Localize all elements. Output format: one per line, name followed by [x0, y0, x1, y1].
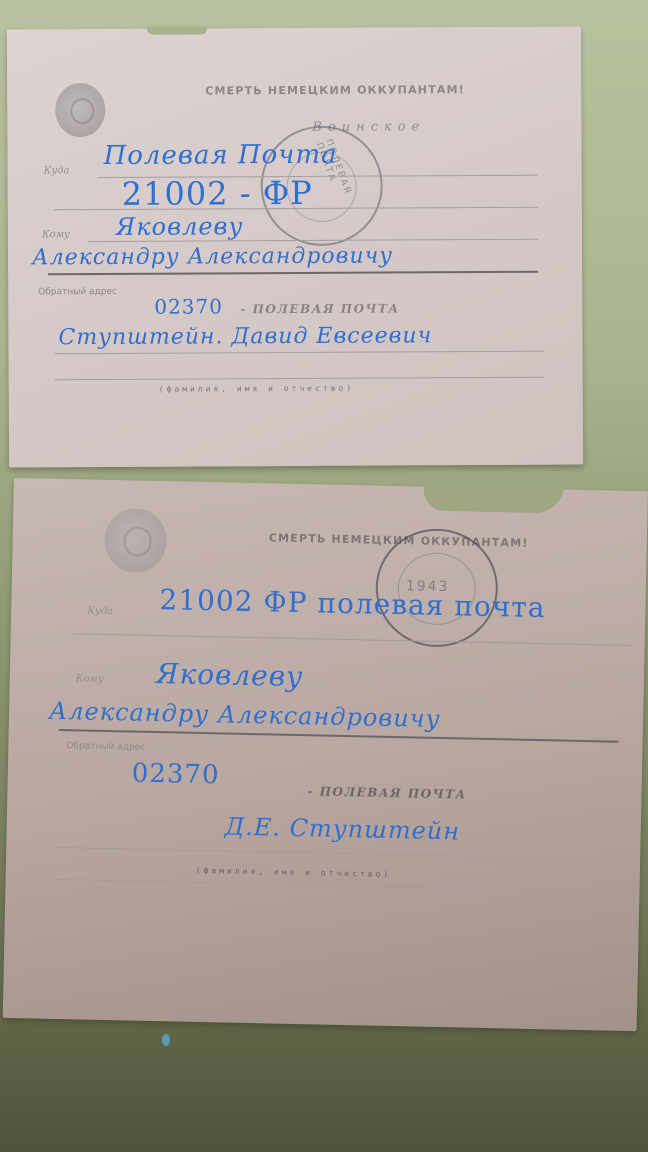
divider — [55, 351, 545, 355]
field-post-label: - ПОЛЕВАЯ ПОЧТА — [307, 784, 467, 801]
envelope-top: СМЕРТЬ НЕМЕЦКИМ ОККУПАНТАМ! Воинское ПОЛ… — [7, 27, 583, 468]
divider — [48, 271, 538, 276]
paper-tear — [147, 26, 207, 34]
to-value: 21002 ФР полевая почта — [159, 583, 546, 624]
divider — [55, 377, 545, 381]
whom-label: Кому — [42, 229, 70, 240]
divider — [56, 847, 626, 860]
whom-label: Кому — [76, 673, 104, 685]
ussr-emblem-icon — [55, 83, 105, 137]
whom-value-line2: Александру Александровичу — [32, 243, 393, 270]
divider — [59, 729, 619, 743]
return-value: 02370 — [132, 759, 220, 791]
to-value-line2: 21002 - ФР — [122, 174, 313, 213]
to-label: Куда — [44, 165, 70, 176]
fio-caption: (фамилия, имя и отчество) — [159, 384, 354, 394]
return-label: Обратный адрес — [38, 287, 117, 297]
divider — [73, 633, 633, 646]
fio-caption: (фамилия, имя и отчество) — [196, 866, 392, 879]
blue-speck — [162, 1034, 170, 1046]
paper-tear — [423, 483, 564, 514]
field-post-label: - ПОЛЕВАЯ ПОЧТА — [240, 301, 399, 316]
slogan: СМЕРТЬ НЕМЕЦКИМ ОККУПАНТАМ! — [205, 83, 465, 97]
sender-name: Ступштейн. Давид Евсеевич — [58, 323, 432, 350]
whom-value-line2: Александру Александровичу — [49, 697, 441, 733]
whom-value-line1: Яковлеву — [116, 212, 244, 241]
whom-value-line1: Яковлеву — [156, 657, 304, 693]
to-label: Куда — [87, 606, 113, 618]
return-label: Обратный адрес — [66, 741, 145, 753]
return-value: 02370 — [154, 294, 223, 318]
sender-name: Д.Е. Ступштейн — [224, 812, 460, 845]
divider — [56, 879, 626, 892]
to-value-line1: Полевая Почта — [103, 140, 337, 171]
envelope-bottom: СМЕРТЬ НЕМЕЦКИМ ОККУПАНТАМ! 1943 Куда 21… — [3, 478, 648, 1031]
ussr-emblem-icon — [104, 508, 167, 573]
